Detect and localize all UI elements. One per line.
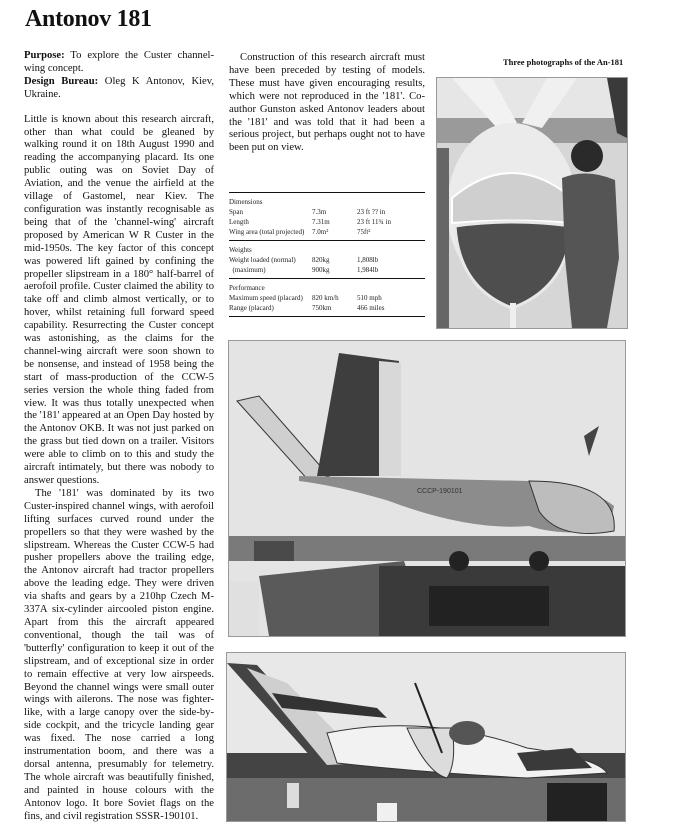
spec-row: Weight loaded (normal) 820kg 1,808lb (229, 255, 425, 265)
body-paragraph-1: Little is known about this research airc… (24, 114, 214, 488)
body-paragraph-3: Construction of this research aircraft m… (229, 52, 425, 155)
spec-label: Wing area (total projected) (229, 227, 312, 237)
figure-caption: Three photographs of the An-181 (503, 57, 623, 67)
spec-imperial: 23 ft ?? in (357, 207, 425, 217)
spec-row: Maximum speed (placard) 820 km/h 510 mph (229, 293, 425, 303)
spec-label: Maximum speed (placard) (229, 293, 312, 303)
photo-nose-view (436, 77, 628, 329)
spec-row: Range (placard) 750km 466 miles (229, 303, 425, 313)
design-bureau-line: Design Bureau: Oleg K Antonov, Kiev, Ukr… (24, 76, 214, 102)
spec-imperial: 23 ft 11¾ in (357, 217, 425, 227)
aircraft-trailer-photo-icon: CCCP-190101 (229, 341, 625, 636)
purpose-line: Purpose: To explore the Custer channel-w… (24, 50, 214, 76)
specifications-table: Dimensions Span 7.3m 23 ft ?? in Length … (229, 192, 425, 317)
middle-column: Construction of this research aircraft m… (229, 52, 425, 155)
spec-imperial: 1,984lb (357, 265, 425, 275)
spec-metric: 750km (312, 303, 357, 313)
spec-imperial: 1,808lb (357, 255, 425, 265)
spec-heading: Dimensions (229, 197, 425, 207)
design-bureau-label: Design Bureau: (24, 76, 98, 87)
spec-label: Length (229, 217, 312, 227)
spec-imperial: 75ft² (357, 227, 425, 237)
photo-side-view-trailer: CCCP-190101 (228, 340, 626, 637)
spec-row: Span 7.3m 23 ft ?? in (229, 207, 425, 217)
spec-section-performance: Performance Maximum speed (placard) 820 … (229, 279, 425, 316)
spec-label: (maximum) (229, 265, 312, 275)
registration-text: CCCP-190101 (417, 488, 463, 495)
spec-label: Weight loaded (normal) (229, 255, 312, 265)
spec-heading: Weights (229, 245, 425, 255)
left-column: Purpose: To explore the Custer channel-w… (24, 50, 214, 823)
spec-heading: Performance (229, 283, 425, 293)
spec-imperial: 510 mph (357, 293, 425, 303)
spec-imperial: 466 miles (357, 303, 425, 313)
spec-row: Length 7.31m 23 ft 11¾ in (229, 217, 425, 227)
aircraft-crowd-photo-icon (227, 653, 625, 821)
page-title: Antonov 181 (25, 6, 152, 33)
spec-label: Range (placard) (229, 303, 312, 313)
spec-metric: 820kg (312, 255, 357, 265)
spec-section-dimensions: Dimensions Span 7.3m 23 ft ?? in Length … (229, 193, 425, 240)
spec-row: Wing area (total projected) 7.0m² 75ft² (229, 227, 425, 237)
spec-metric: 7.0m² (312, 227, 357, 237)
spec-metric: 900kg (312, 265, 357, 275)
spec-metric: 7.3m (312, 207, 357, 217)
spec-row: (maximum) 900kg 1,984lb (229, 265, 425, 275)
aircraft-nose-photo-icon (437, 78, 627, 328)
photo-three-quarter-view (226, 652, 626, 822)
spec-metric: 820 km/h (312, 293, 357, 303)
purpose-label: Purpose: (24, 50, 65, 61)
spec-label: Span (229, 207, 312, 217)
spec-metric: 7.31m (312, 217, 357, 227)
spec-section-weights: Weights Weight loaded (normal) 820kg 1,8… (229, 241, 425, 278)
body-paragraph-2: The '181' was dominated by its two Custe… (24, 488, 214, 824)
